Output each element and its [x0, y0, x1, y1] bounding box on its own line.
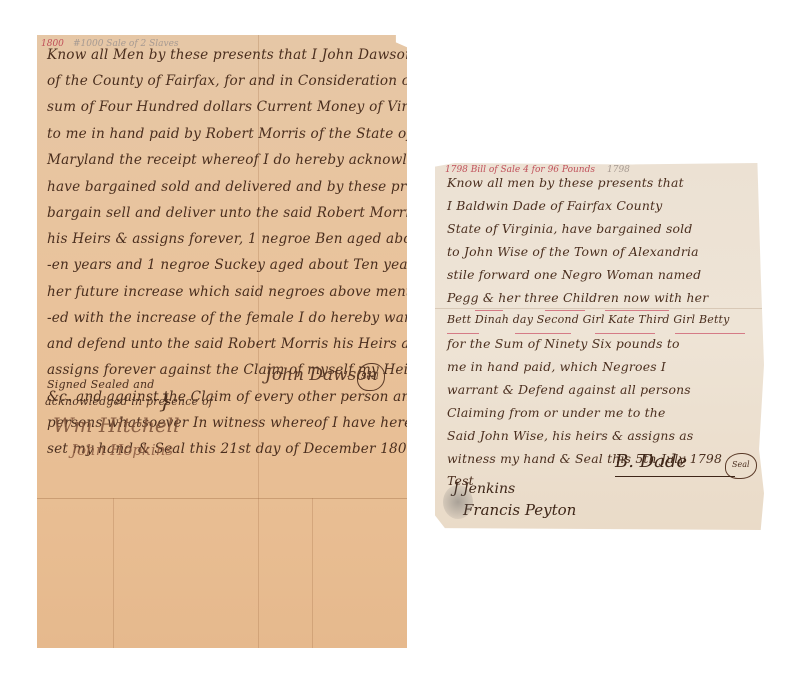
signature-underline: [615, 476, 735, 477]
text-line: Said John Wise, his heirs & assigns as: [447, 428, 693, 443]
red-underline: [515, 333, 571, 334]
archival-note-pencil: 1798: [607, 165, 630, 175]
signature-b-dade: B. Dade: [615, 451, 687, 472]
fold-line: [37, 498, 407, 499]
red-underline: [675, 333, 745, 334]
text-line: Know all men by these presents that: [447, 175, 684, 190]
red-underline: [605, 310, 669, 311]
text-line: State of Virginia, have bargained sold: [447, 221, 692, 236]
text-line: of the County of Fairfax, for and in Con…: [47, 73, 443, 89]
archival-note-red: 1798 Bill of Sale 4 for 96 Pounds: [445, 165, 595, 175]
text-line: bargain sell and deliver unto the said R…: [47, 205, 417, 221]
attestation-line: Signed Sealed and: [47, 378, 154, 391]
red-underline: [595, 333, 655, 334]
text-line: to John Wise of the Town of Alexandria: [447, 244, 699, 259]
red-underline: [545, 310, 585, 311]
text-line: to me in hand paid by Robert Morris of t…: [47, 126, 412, 142]
text-line: -en years and 1 negroe Suckey aged about…: [47, 257, 462, 273]
text-line: Know all Men by these presents that I Jo…: [47, 47, 414, 63]
attestation-line: acknowledged in presence of: [45, 395, 213, 408]
red-underline: [447, 333, 479, 334]
text-line: have bargained sold and delivered and by…: [47, 179, 474, 195]
text-line: Pegg & her three Children now with her: [447, 290, 708, 305]
fold-line: [312, 498, 313, 648]
text-line: -ed with the increase of the female I do…: [47, 310, 440, 326]
ink-smudge: [443, 485, 473, 519]
fold-line: [435, 308, 764, 309]
text-line: I Baldwin Dade of Fairfax County: [447, 198, 662, 213]
fold-line: [113, 498, 114, 648]
text-line: and defend unto the said Robert Morris h…: [47, 336, 428, 352]
witness-signature: John Hopkins: [71, 441, 173, 459]
text-line: Maryland the receipt whereof I do hereby…: [47, 152, 441, 168]
text-line: his Heirs & assigns forever, 1 negroe Be…: [47, 231, 475, 247]
document-john-dawson-bill-of-sale: 1800 #1000 Sale of 2 Slaves Know all Men…: [37, 35, 407, 648]
text-line: her future increase which said negroes a…: [47, 284, 433, 300]
document-baldwin-dade-bill-of-sale: 1798 Bill of Sale 4 for 96 Pounds 1798 K…: [435, 163, 764, 530]
witness-signature: Wm Hitchell: [53, 413, 179, 437]
text-line: me in hand paid, which Negroes I: [447, 359, 666, 374]
text-line: stile forward one Negro Woman named: [447, 267, 701, 282]
text-line: Bett Dinah day Second Girl Kate Third Gi…: [447, 313, 730, 326]
red-underline: [475, 310, 503, 311]
text-line: Claiming from or under me to the: [447, 405, 666, 420]
text-line: warrant & Defend against all persons: [447, 382, 691, 397]
witness-signature: Francis Peyton: [463, 501, 576, 519]
brace-glyph: }: [159, 389, 172, 413]
text-line: for the Sum of Ninety Six pounds to: [447, 336, 680, 351]
seal-icon: Seal: [357, 363, 385, 391]
text-line: sum of Four Hundred dollars Current Mone…: [47, 99, 444, 115]
